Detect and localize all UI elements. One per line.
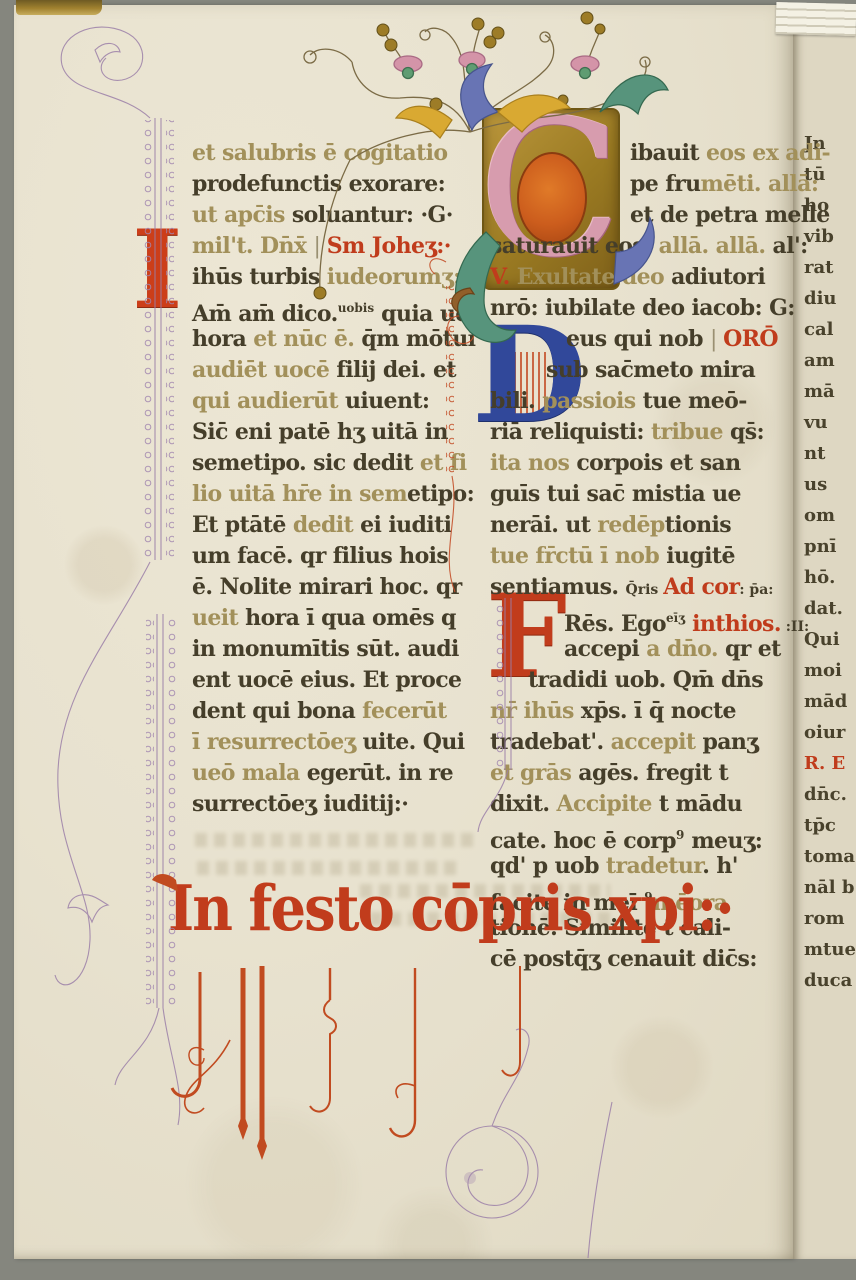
text-segment: surrectōeʒ iuditij:· [192,791,408,817]
text-line: bili. passiois tue meō- [490,386,802,417]
text-segment: fecerūt [362,698,446,724]
edge-text-fragment: nāl b [804,872,856,903]
text-segment: soluantur: ·G· [292,202,453,228]
fore-edge-pages [776,2,856,36]
text-segment: V. [490,264,517,290]
text-segment: q̄m mōtui [361,326,475,352]
text-line: cē postq̄ʒ cenauit dic̄s: [490,944,802,975]
text-segment: semetipo. sic dedit [192,450,420,476]
text-line: prodefunctis exorare: [192,169,492,200]
text-segment: tradebat'. [490,729,611,755]
text-line: riā reliquisti: tribue qs̄: [490,417,802,448]
edge-text-column: Jntūhovibratdiucalammāvuntusompnīhō.dat.… [804,128,856,996]
text-segment: iugitē [666,543,735,569]
edge-text-fragment: mā [804,376,856,407]
text-segment: dixit. [490,791,557,817]
text-line: Rēs. Egoeīʒ inthios. :II: [564,603,802,634]
text-segment: adiutori [671,264,765,290]
text-segment: tradidi uob. Qm̄ dn̄s [528,667,763,693]
text-segment: ueō mala [192,760,307,786]
text-segment: accepi [564,636,646,662]
text-line: ent uocē eius. Et proce [192,665,492,696]
edge-text-fragment: diu [804,283,856,314]
text-line: in monumītis sūt. audi [192,634,492,665]
text-segment: tionis [665,512,731,538]
text-line: V. Exultate deo adiutori [490,262,802,293]
text-line: tradebat'. accepit panʒ [490,727,802,758]
edge-text-fragment: mtue [804,934,856,965]
text-line: um facē. qr filius hois [192,541,492,572]
edge-text-fragment: dn̄c. [804,779,856,810]
text-segment: ē. Nolite mirari hoc. qr [192,574,462,600]
manuscript-photo: Jntūhovibratdiucalammāvuntusompnīhō.dat.… [0,0,856,1280]
text-segment: sentiamus. [490,574,626,600]
text-line: accepi a dn̄o. qr et [564,634,802,665]
text-segment: Exultate deo [517,264,671,290]
text-segment: eīʒ [666,611,685,625]
text-segment: hora ī qua omēs q [245,605,456,631]
text-line: Sic̄ eni patē hʒ uitā in [192,417,492,448]
text-segment: uiuent: [345,388,429,414]
text-segment: et salubris ē cogitatio [192,140,447,166]
edge-text-fragment: toma [804,841,856,872]
text-line: nr̄ ihūs xp̄s. ī q̄ nocte [490,696,802,727]
text-segment: pe fru [630,171,701,197]
text-line: audiēt uocē filij dei. et [192,355,492,386]
text-segment: agēs. fregit t [578,760,728,786]
text-segment: saturauit eos: [490,233,659,259]
left-text-column: et salubris ē cogitatioprodefunctis exor… [192,138,492,820]
text-segment: tue fr̄ctū ī nob [490,543,666,569]
text-segment: lio uitā hr̄e in sem [192,481,407,507]
text-line: Am̄ am̄ dico.uobis quia ueit [192,293,492,324]
text-line: nerāi. ut redēptionis [490,510,802,541]
text-line: eus qui nob | ORŌ [566,324,802,355]
text-segment: redēp [597,512,664,538]
text-segment: Ad cor [663,574,739,600]
text-segment: qs̄: [730,419,764,445]
edge-text-fragment: om [804,500,856,531]
text-segment: qui audierūt [192,388,345,414]
text-segment: Q̄ris [626,582,664,598]
text-segment: filij dei. et [336,357,456,383]
text-segment: accepit [611,729,703,755]
text-segment: ORŌ [723,326,778,352]
text-line: nrō: iubilate deo iacob: G: [490,293,802,324]
text-segment: panʒ [702,729,758,755]
text-segment: a dn̄o. [646,636,725,662]
text-segment: passiois [542,388,642,414]
text-segment: ei iuditi [360,512,451,538]
text-line: semetipo. sic dedit et fi [192,448,492,479]
text-segment: nrō: iubilate deo iacob: G: [490,295,795,321]
text-line: cate. hoc ē corp9 meuʒ: [490,820,802,851]
text-segment: ihūs turbis [192,264,327,290]
text-line: dent qui bona fecerūt [192,696,492,727]
text-line: hora et nūc ē. q̄m mōtui [192,324,492,355]
edge-text-fragment: pnī [804,531,856,562]
text-segment: hora [192,326,253,352]
text-line: pe frumēti. allā: [630,169,802,200]
edge-text-fragment: dat. [804,593,856,624]
text-segment: :II: [781,619,809,635]
text-segment: guīs tui sac̄ mistia ue [490,481,741,507]
text-segment: ent uocē eius. Et proce [192,667,461,693]
right-text-column: ibauit eos ex adi-pe frumēti. allā:et de… [490,138,802,975]
text-segment: egerūt. in re [307,760,453,786]
text-segment: nerāi. ut [490,512,597,538]
text-line: ita nos corpois et san [490,448,802,479]
initial-I: I [132,222,183,318]
text-line: ueō mala egerūt. in re [192,758,492,789]
text-line: ut apc̄is soluantur: ·G· [192,200,492,231]
text-segment: et nūc ē. [253,326,361,352]
text-segment: et de petra melle [630,202,830,228]
text-segment: um facē. qr filius hois [192,543,448,569]
text-line: mil't. Dn̄x̄ | Sm Joheʒ:· [192,231,492,262]
edge-text-fragment: us [804,469,856,500]
text-segment: eos ex adi- [706,140,830,166]
text-line: et grās agēs. fregit t [490,758,802,789]
text-segment: dent qui bona [192,698,362,724]
text-segment: ueit [192,605,245,631]
edge-text-fragment: R. E [804,748,856,779]
text-segment: mēti. allā: [701,171,819,197]
text-line: saturauit eos: allā. allā. al': [490,231,802,262]
text-line: ueit hora ī qua omēs q [192,603,492,634]
text-segment: ibauit [630,140,706,166]
text-line: ī resurrectōeʒ uite. Qui [192,727,492,758]
edge-text-fragment: rom [804,903,856,934]
text-line: et salubris ē cogitatio [192,138,492,169]
text-segment: nr̄ ihūs [490,698,581,724]
text-line: Et ptātē dedit ei iuditi [192,510,492,541]
text-segment: : p̄a: [739,582,773,598]
text-line: tradidi uob. Qm̄ dn̄s [528,665,802,696]
feast-rubric-heading: In festo cōpris xpi:· [168,872,733,946]
edge-text-fragment: tp̄c [804,810,856,841]
text-segment: corpois et san [576,450,740,476]
book-cover-edge [16,0,102,15]
text-segment: Sm Joheʒ:· [327,233,451,259]
text-segment: Et ptātē [192,512,293,538]
text-segment: prodefunctis exorare: [192,171,445,197]
show-through-text [195,833,480,847]
text-line: sub sac̄meto mira [546,355,802,386]
text-segment: et fi [420,450,467,476]
text-line: guīs tui sac̄ mistia ue [490,479,802,510]
text-segment: Sic̄ eni patē hʒ uitā in [192,419,448,445]
text-line: lio uitā hr̄e in semetipo: [192,479,492,510]
edge-text-fragment: Qui [804,624,856,655]
text-segment: eus qui nob [566,326,710,352]
edge-text-fragment: oiur [804,717,856,748]
text-line: surrectōeʒ iuditij:· [192,789,492,820]
text-segment: ut apc̄is [192,202,292,228]
text-segment: tue meō- [643,388,747,414]
text-segment: allā. allā. [659,233,773,259]
text-segment: xp̄s. ī q̄ nocte [581,698,736,724]
text-segment: uite. Qui [363,729,465,755]
text-segment: | [313,234,326,259]
text-line: et de petra melle [630,200,802,231]
text-segment: | [710,327,723,352]
edge-text-fragment: duca [804,965,856,996]
text-segment: dedit [293,512,360,538]
text-line: dixit. Accipite t mādu [490,789,802,820]
text-segment: al': [773,233,808,259]
text-segment: riā reliquisti: [490,419,651,445]
text-segment: audiēt uocē [192,357,336,383]
edge-text-fragment: cal [804,314,856,345]
text-segment: in monumītis sūt. audi [192,636,459,662]
text-line: qui audierūt uiuent: [192,386,492,417]
edge-text-fragment: am [804,345,856,376]
text-line: ē. Nolite mirari hoc. qr [192,572,492,603]
text-segment: qr et [725,636,781,662]
text-line: sentiamus. Q̄ris Ad cor: p̄a: [490,572,802,603]
text-line: ihūs turbis iudeorumʒ: [192,262,492,293]
text-segment: Accipite [557,791,659,817]
text-segment: tribue [651,419,730,445]
text-line: tue fr̄ctū ī nob iugitē [490,541,802,572]
text-segment: etipo: [407,481,474,507]
edge-text-fragment: hō. [804,562,856,593]
text-segment: ita nos [490,450,576,476]
text-segment: et grās [490,760,578,786]
text-segment: cē postq̄ʒ cenauit dic̄s: [490,946,757,972]
text-segment: uobis [338,301,374,315]
edge-text-fragment: vu [804,407,856,438]
text-segment: bili. [490,388,542,414]
text-line: ibauit eos ex adi- [630,138,802,169]
text-segment: mil't. Dn̄x̄ [192,233,313,259]
text-segment: iudeorumʒ: [327,264,461,290]
text-segment: sub sac̄meto mira [546,357,755,383]
text-segment: t mādu [659,791,742,817]
text-segment: ī resurrectōeʒ [192,729,363,755]
edge-text-fragment: moi [804,655,856,686]
edge-text-fragment: nt [804,438,856,469]
edge-text-fragment: rat [804,252,856,283]
edge-text-fragment: mād [804,686,856,717]
